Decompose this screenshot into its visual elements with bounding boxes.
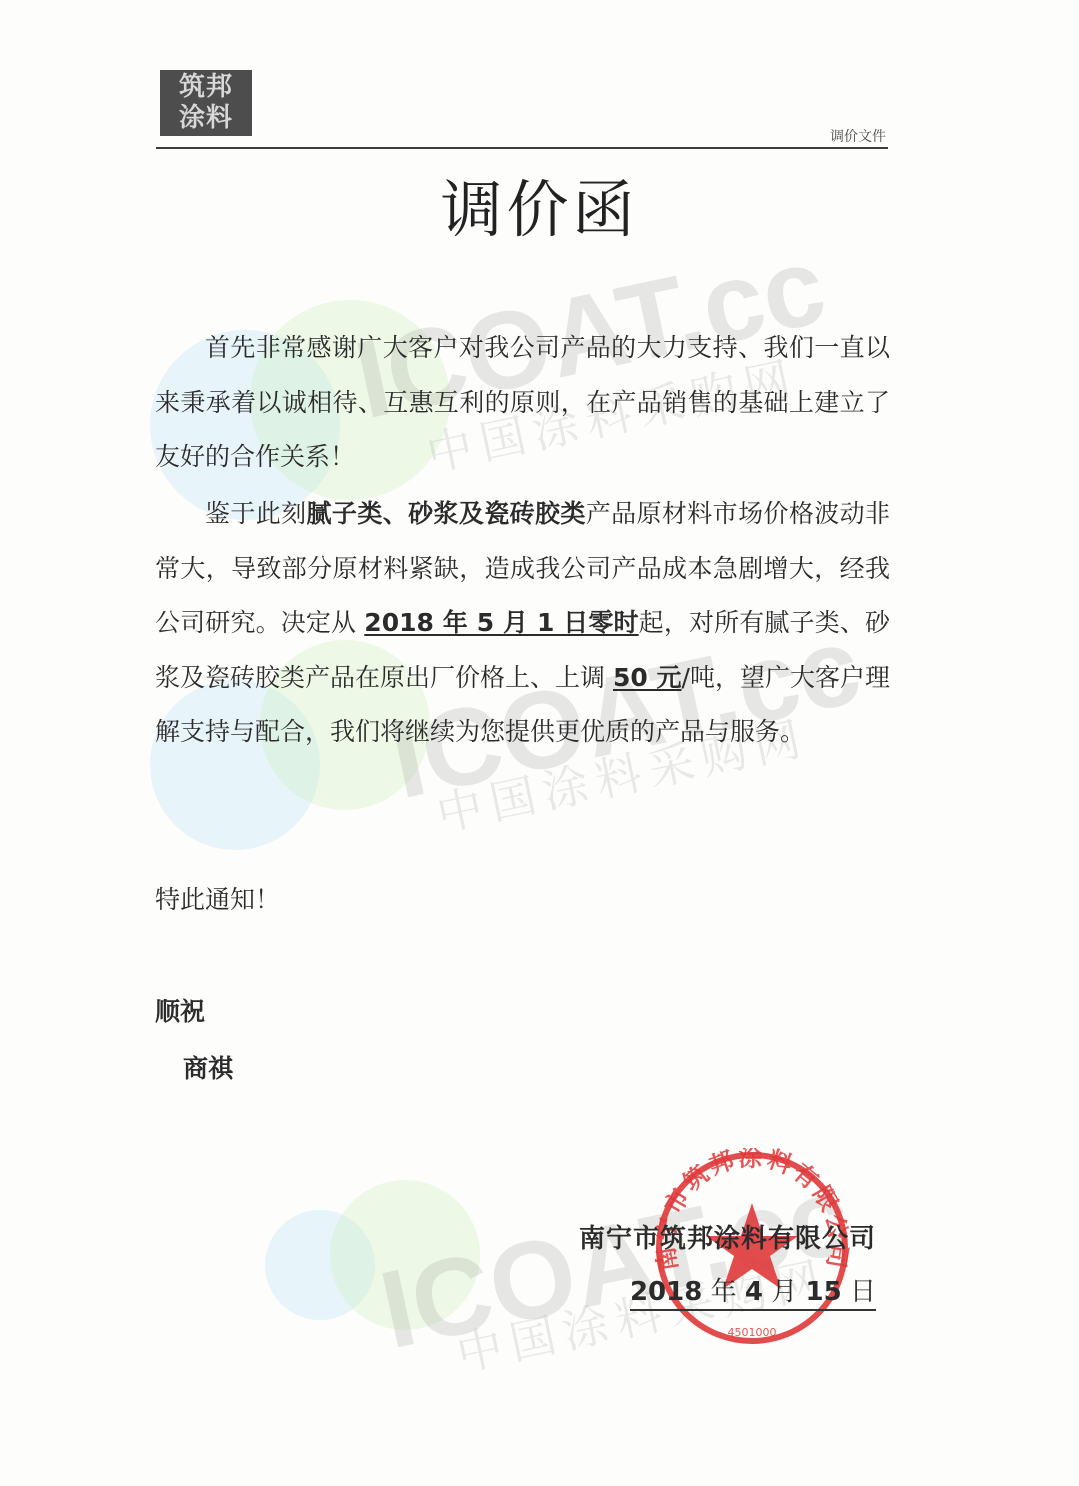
- closing-wish: 商祺: [183, 1049, 233, 1085]
- sign-date-day-char: 日: [850, 1277, 876, 1307]
- sign-date-month: 4: [745, 1277, 763, 1307]
- notice-line: 特此通知！: [155, 880, 280, 916]
- effective-date: 2018 年 5 月 1 日零时: [364, 608, 638, 637]
- paragraph-intro: 首先非常感谢广大客户对我公司产品的大力支持、我们一直以来秉承着以诚相待、互惠互利…: [155, 321, 890, 485]
- adjustment-text-part1: 鉴于此刻: [205, 499, 307, 528]
- sign-date-year: 2018: [630, 1277, 702, 1307]
- document-title: 调价函: [0, 160, 1079, 249]
- sign-date-day: 15: [806, 1277, 842, 1307]
- logo-line-2: 涂料: [160, 103, 252, 134]
- signing-date: 2018 年 4 月 15 日: [630, 1275, 876, 1311]
- paragraph-adjustment-text: 鉴于此刻腻子类、砂浆及瓷砖胶类产品原材料市场价格波动非常大，导致部分原材料紧缺，…: [155, 487, 890, 760]
- watermark-circle-green-bottom: [330, 1180, 480, 1330]
- affected-products: 腻子类、砂浆及瓷砖胶类: [307, 499, 586, 528]
- signing-company: 南宁市筑邦涂料有限公司: [579, 1218, 876, 1255]
- logo-line-1: 筑邦: [160, 72, 252, 103]
- closing-greeting: 顺祝: [155, 992, 205, 1028]
- sign-date-month-char: 月: [771, 1277, 797, 1307]
- seal-code: 4501000: [728, 1326, 777, 1339]
- document-type-label: 调价文件: [830, 126, 886, 146]
- header-divider: [156, 147, 888, 149]
- sign-date-year-char: 年: [711, 1277, 737, 1307]
- paragraph-adjustment: 鉴于此刻腻子类、砂浆及瓷砖胶类产品原材料市场价格波动非常大，导致部分原材料紧缺，…: [155, 487, 890, 760]
- watermark-circle-blue-bottom: [265, 1210, 375, 1320]
- price-adjustment-letter: ICOAT.cc 中国涂料采购网 ICOAT.cc 中国涂料采购网 ICOAT.…: [0, 0, 1079, 1486]
- price-increase-amount: 50 元: [613, 663, 682, 692]
- paragraph-intro-text: 首先非常感谢广大客户对我公司产品的大力支持、我们一直以来秉承着以诚相待、互惠互利…: [155, 321, 890, 485]
- company-logo: 筑邦 涂料: [160, 70, 252, 136]
